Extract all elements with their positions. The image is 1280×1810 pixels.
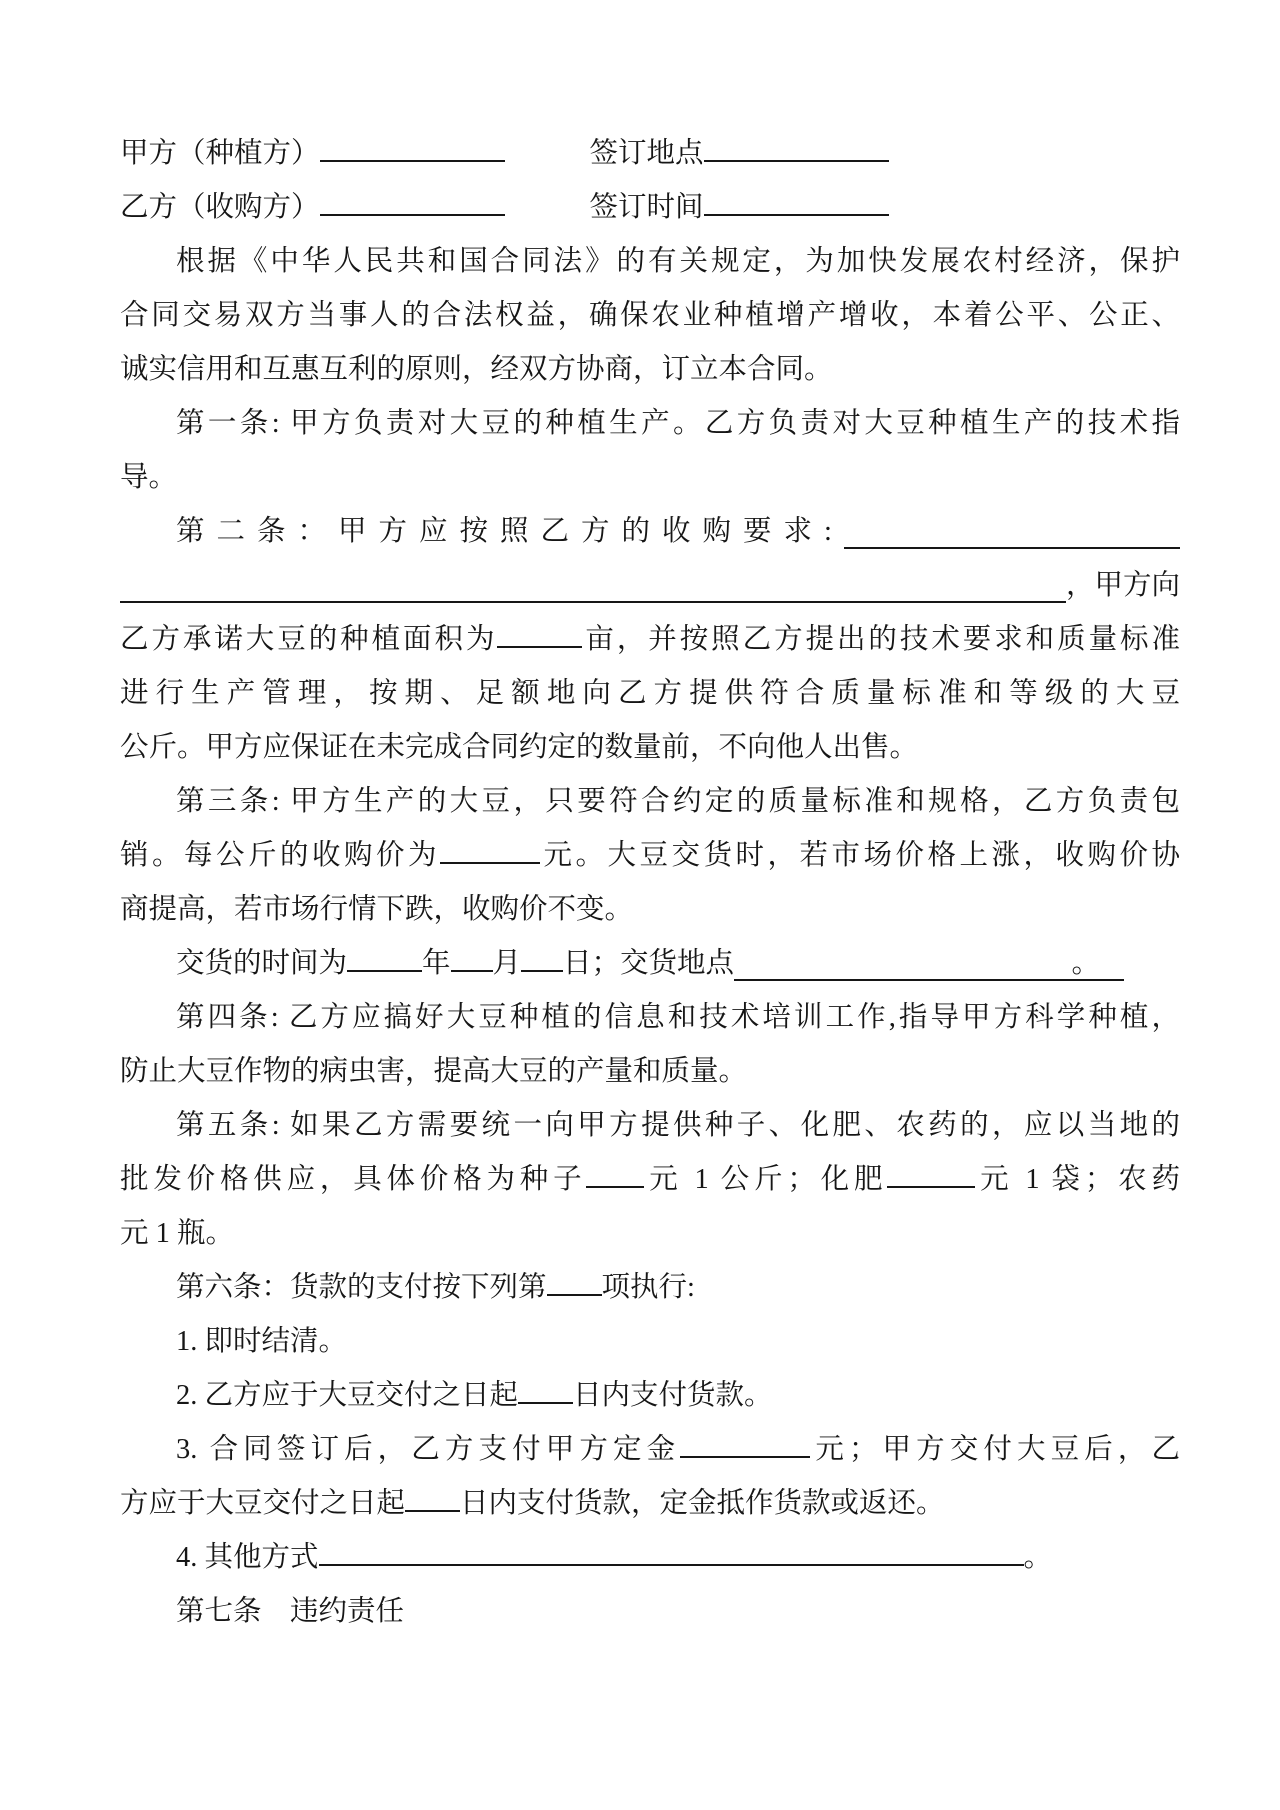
article6-lead: 第六条：货款的支付按下列第 [176, 1272, 547, 1303]
delivery-lead: 交货的时间为 [176, 948, 347, 979]
blank-purchase-requirement-2 [120, 559, 1066, 603]
preamble-line-3: 诚实信用和互惠互利的原则，经双方协商，订立本合同。 [120, 343, 1180, 397]
blank-purchase-requirement-1 [844, 505, 1180, 549]
article6-item2-text: 2. 乙方应于大豆交付之日起 [176, 1380, 518, 1411]
article1-text: 第一条: 甲方负责对大豆的种植生产。乙方负责对大豆种植生产的技术指 [176, 408, 1180, 439]
article6-item2-text: 日内支付货款。 [573, 1380, 773, 1411]
blank-party-a-name [320, 157, 505, 162]
article4-line-2: 防止大豆作物的病虫害，提高大豆的产量和质量。 [120, 1045, 1180, 1099]
preamble-text: 诚实信用和互惠互利的原则，经双方协商，订立本合同。 [120, 354, 833, 385]
article2-line-2: ，甲方向 [120, 559, 1180, 613]
party-b-label: 乙方（收购方） [120, 192, 320, 223]
article1-text: 导。 [120, 462, 177, 493]
article2-lead: 第二条：甲方应按照乙方的收购要求: [176, 505, 844, 559]
blank-purchase-price [440, 859, 540, 864]
article6-item4-text: 4. 其他方式 [176, 1542, 319, 1573]
article6-item4-period: 。 [1024, 1542, 1053, 1573]
article6-item3-text: 3. 合同签订后，乙方支付甲方定金 [176, 1434, 680, 1465]
article3-text: 元。大豆交货时，若市场价格上涨，收购价协 [540, 840, 1180, 871]
article2-text: 亩，并按照乙方提出的技术要求和质量标准 [582, 624, 1180, 655]
article5-text: 批发价格供应，具体价格为种子 [120, 1164, 586, 1195]
delivery-year-label: 年 [422, 948, 451, 979]
blank-sign-place [704, 157, 889, 162]
article2-text: 乙方承诺大豆的种植面积为 [120, 624, 497, 655]
blank-fertilizer-price [887, 1183, 975, 1188]
blank-other-method [319, 1561, 1024, 1566]
blank-delivery-day [521, 967, 563, 972]
header-line-party-a: 甲方（种植方）签订地点 [120, 127, 1180, 181]
article2-text: 进行生产管理，按期、足额地向乙方提供符合质量标准和等级的大豆 [120, 678, 1180, 709]
article6-item-2: 2. 乙方应于大豆交付之日起日内支付货款。 [120, 1369, 1180, 1423]
preamble-text: 根据《中华人民共和国合同法》的有关规定，为加快发展农村经济，保护 [176, 246, 1180, 277]
contract-body: 甲方（种植方）签订地点 乙方（收购方）签订时间 根据《中华人民共和国合同法》的有… [120, 127, 1180, 1639]
article6-item-1: 1. 即时结清。 [120, 1315, 1180, 1369]
article6-item-3-line-1: 3. 合同签订后，乙方支付甲方定金元；甲方交付大豆后，乙 [120, 1423, 1180, 1477]
header-line-party-b: 乙方（收购方）签订时间 [120, 181, 1180, 235]
blank-delivery-month [451, 967, 493, 972]
preamble-text: 合同交易双方当事人的合法权益，确保农业种植增产增收，本着公平、公正、 [120, 300, 1180, 331]
article7-heading: 第七条 违约责任 [120, 1585, 1180, 1639]
article3-text: 第三条: 甲方生产的大豆，只要符合约定的质量标准和规格，乙方负责包 [176, 786, 1180, 817]
article7-text: 第七条 违约责任 [176, 1596, 404, 1627]
article2-line-4: 进行生产管理，按期、足额地向乙方提供符合质量标准和等级的大豆 [120, 667, 1180, 721]
article2-after-blank: ，甲方向 [1066, 559, 1180, 613]
party-a-label: 甲方（种植方） [120, 138, 320, 169]
article6-item3-text: 日内支付货款，定金抵作货款或返还。 [460, 1488, 945, 1519]
sign-time-label: 签订时间 [590, 192, 704, 223]
article5-text: 元 1 袋；农药 [975, 1164, 1180, 1195]
blank-seed-price [586, 1183, 644, 1188]
preamble-line-2: 合同交易双方当事人的合法权益，确保农业种植增产增收，本着公平、公正、 [120, 289, 1180, 343]
contract-page: 甲方（种植方）签订地点 乙方（收购方）签订时间 根据《中华人民共和国合同法》的有… [0, 0, 1280, 1810]
blank-payment-option [547, 1291, 602, 1296]
article6-lead-line: 第六条：货款的支付按下列第项执行: [120, 1261, 1180, 1315]
article2-line-5: 公斤。甲方应保证在未完成合同约定的数量前，不向他人出售。 [120, 721, 1180, 775]
delivery-period: 。 [1072, 948, 1101, 979]
article3-line-1: 第三条: 甲方生产的大豆，只要符合约定的质量标准和规格，乙方负责包 [120, 775, 1180, 829]
blank-party-b-name [320, 211, 505, 216]
blank-deposit-amount [680, 1453, 810, 1458]
article4-line-1: 第四条: 乙方应搞好大豆种植的信息和技术培训工作,指导甲方科学种植， [120, 991, 1180, 1045]
blank-payment-days [518, 1399, 573, 1404]
article5-line-1: 第五条: 如果乙方需要统一向甲方提供种子、化肥、农药的，应以当地的 [120, 1099, 1180, 1153]
article5-text: 元 1 公斤；化肥 [644, 1164, 887, 1195]
article2-line-1: 第二条：甲方应按照乙方的收购要求: [120, 505, 1180, 559]
blank-delivery-place: 。 [734, 950, 1124, 981]
article4-text: 第四条: 乙方应搞好大豆种植的信息和技术培训工作,指导甲方科学种植， [176, 1002, 1180, 1033]
blank-deposit-days [405, 1507, 460, 1512]
article2-line-3: 乙方承诺大豆的种植面积为亩，并按照乙方提出的技术要求和质量标准 [120, 613, 1180, 667]
article5-text: 第五条: 如果乙方需要统一向甲方提供种子、化肥、农药的，应以当地的 [176, 1110, 1180, 1141]
article1-line-1: 第一条: 甲方负责对大豆的种植生产。乙方负责对大豆种植生产的技术指 [120, 397, 1180, 451]
article4-text: 防止大豆作物的病虫害，提高大豆的产量和质量。 [120, 1056, 747, 1087]
article1-line-2: 导。 [120, 451, 1180, 505]
article3-line-2: 销。每公斤的收购价为元。大豆交货时，若市场价格上涨，收购价协 [120, 829, 1180, 883]
article6-item3-text: 元；甲方交付大豆后，乙 [810, 1434, 1180, 1465]
blank-delivery-year [347, 967, 422, 972]
article3-text: 商提高，若市场行情下跌，收购价不变。 [120, 894, 633, 925]
preamble-line-1: 根据《中华人民共和国合同法》的有关规定，为加快发展农村经济，保护 [120, 235, 1180, 289]
sign-place-label: 签订地点 [590, 138, 704, 169]
article5-line-3: 元 1 瓶。 [120, 1207, 1180, 1261]
article6-item1-text: 1. 即时结清。 [176, 1326, 347, 1357]
article5-line-2: 批发价格供应，具体价格为种子元 1 公斤；化肥元 1 袋；农药 [120, 1153, 1180, 1207]
article5-text: 元 1 瓶。 [120, 1218, 234, 1249]
delivery-day-label: 日；交货地点 [563, 948, 734, 979]
blank-sign-time [704, 211, 889, 216]
article6-item-3-line-2: 方应于大豆交付之日起日内支付货款，定金抵作货款或返还。 [120, 1477, 1180, 1531]
article6-item3-text: 方应于大豆交付之日起 [120, 1488, 405, 1519]
article3-text: 销。每公斤的收购价为 [120, 840, 440, 871]
delivery-month-label: 月 [493, 948, 522, 979]
article3-line-3: 商提高，若市场行情下跌，收购价不变。 [120, 883, 1180, 937]
delivery-line: 交货的时间为年月日；交货地点。 [120, 937, 1180, 991]
article6-lead-after: 项执行: [602, 1272, 695, 1303]
article6-item-4: 4. 其他方式。 [120, 1531, 1180, 1585]
article2-text: 公斤。甲方应保证在未完成合同约定的数量前，不向他人出售。 [120, 732, 918, 763]
blank-planting-area [497, 643, 582, 648]
